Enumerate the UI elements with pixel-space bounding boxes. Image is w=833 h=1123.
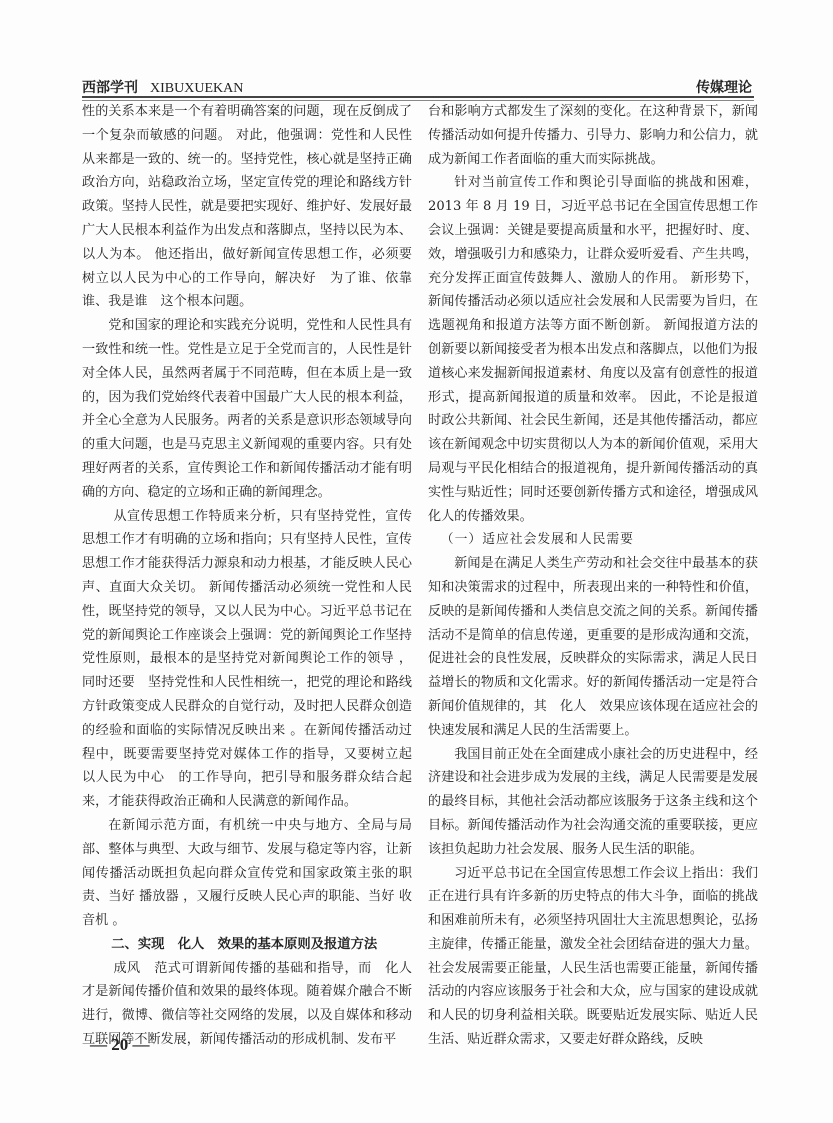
left-column: 性的关系本来是一个有着明确答案的问题，现在反倒成了一个复杂而敏感的问题。 对此，… <box>82 100 412 1052</box>
paragraph: 在新闻示范方面，有机统一中央与地方、全局与局部、整体与典型、大政与细节、发展与稳… <box>82 814 412 933</box>
running-header: 西部学刊XIBUXUEKAN 传媒理论 <box>82 76 752 98</box>
paragraph: 台和影响方式都发生了深刻的变化。在这种背景下，新闻传播活动如何提升传播力、引导力… <box>428 100 758 171</box>
paragraph: 习近平总书记在全国宣传思想工作会议上指出：我们正在进行具有许多新的历史特点的伟大… <box>428 862 758 1052</box>
section-heading: 二、实现 化人 效果的基本原则及报道方法 <box>82 933 412 957</box>
paragraph: 性的关系本来是一个有着明确答案的问题，现在反倒成了一个复杂而敏感的问题。 对此，… <box>82 100 412 314</box>
paragraph: 党和国家的理论和实践充分说明，党性和人民性具有一致性和统一性。党性是立足于全党而… <box>82 314 412 504</box>
page-number: — 20 — <box>90 1035 150 1055</box>
journal-name: 西部学刊XIBUXUEKAN <box>82 77 243 97</box>
paragraph: 针对当前宣传工作和舆论引导面临的挑战和困难，2013 年 8 月 19 日，习近… <box>428 171 758 528</box>
paragraph: 从宣传思想工作特质来分析，只有坚持党性，宣传思想工作才有明确的立场和指向；只有坚… <box>82 505 412 814</box>
right-column: 台和影响方式都发生了深刻的变化。在这种背景下，新闻传播活动如何提升传播力、引导力… <box>428 100 758 1052</box>
journal-name-cn: 西部学刊 <box>82 80 138 96</box>
paragraph: 新闻是在满足人类生产劳动和社会交往中最基本的获知和决策需求的过程中，所表现出来的… <box>428 552 758 742</box>
paragraph: 我国目前正处在全面建成小康社会的历史进程中，经济建设和社会进步成为发展的主线，满… <box>428 743 758 862</box>
section-title: 传媒理论 <box>696 77 752 97</box>
subsection-heading: （一）适应社会发展和人民需要 <box>428 528 758 552</box>
journal-name-latin: XIBUXUEKAN <box>150 81 243 96</box>
